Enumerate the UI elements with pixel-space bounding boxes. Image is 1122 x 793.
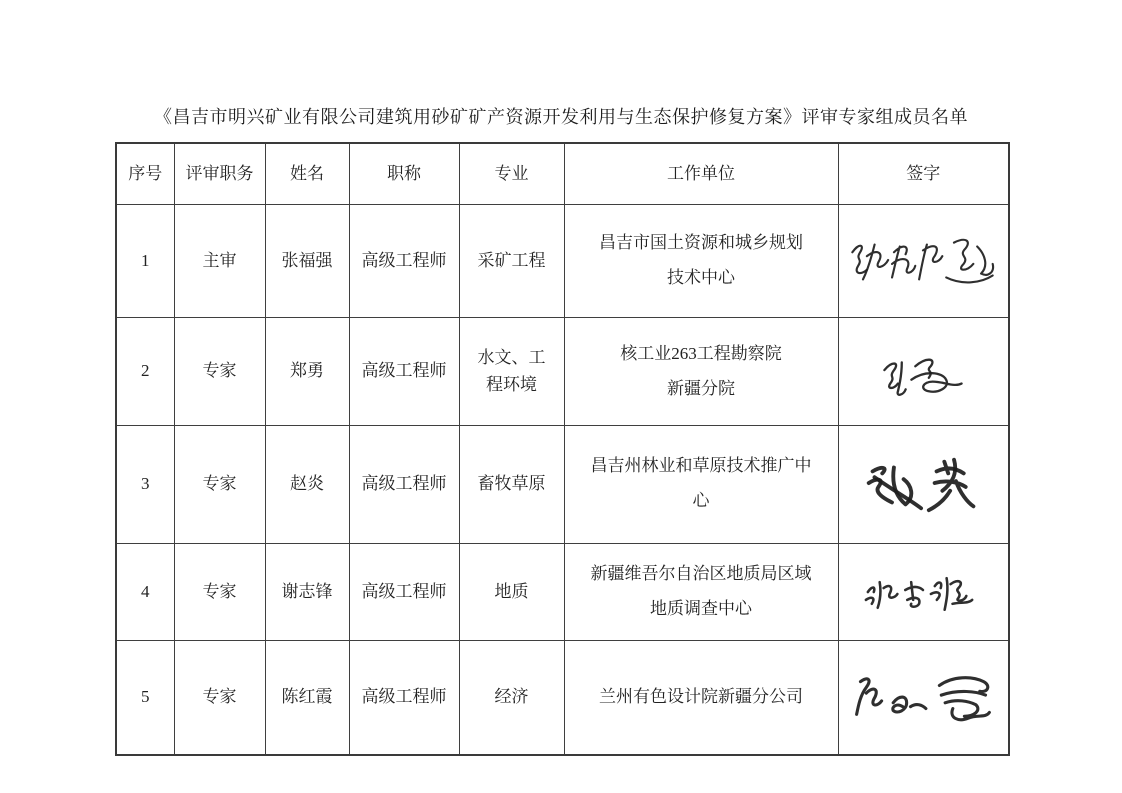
cell-specialty: 地质 [459,543,564,641]
cell-name: 郑勇 [265,318,349,426]
cell-unit: 核工业263工程勘察院 新疆分院 [564,318,838,426]
cell-seq: 5 [116,641,174,755]
cell-signature [838,543,1009,641]
cell-seq: 4 [116,543,174,641]
cell-signature [838,425,1009,543]
cell-title: 高级工程师 [349,425,459,543]
cell-role: 主审 [174,204,265,318]
cell-specialty: 采矿工程 [459,204,564,318]
table-row: 3 专家 赵炎 高级工程师 畜牧草原 昌吉州林业和草原技术推广中 心 [116,425,1009,543]
header-title: 职称 [349,143,459,204]
cell-unit: 新疆维吾尔自治区地质局区域 地质调查中心 [564,543,838,641]
header-seq: 序号 [116,143,174,204]
cell-role: 专家 [174,425,265,543]
cell-name: 赵炎 [265,425,349,543]
document-title: 《昌吉市明兴矿业有限公司建筑用砂矿矿产资源开发利用与生态保护修复方案》评审专家组… [0,103,1122,129]
cell-title: 高级工程师 [349,543,459,641]
header-signature: 签字 [838,143,1009,204]
experts-table: 序号 评审职务 姓名 职称 专业 工作单位 签字 1 主审 张福强 高级工程师 … [115,142,1010,756]
table-row: 1 主审 张福强 高级工程师 采矿工程 昌吉市国土资源和城乡规划 技术中心 [116,204,1009,318]
cell-name: 陈红霞 [265,641,349,755]
cell-name: 张福强 [265,204,349,318]
header-role: 评审职务 [174,143,265,204]
table-row: 5 专家 陈红霞 高级工程师 经济 兰州有色设计院新疆分公司 [116,641,1009,755]
cell-specialty: 经济 [459,641,564,755]
cell-seq: 1 [116,204,174,318]
cell-seq: 3 [116,425,174,543]
signature-zhao-yan-image [858,452,988,516]
table-row: 4 专家 谢志锋 高级工程师 地质 新疆维吾尔自治区地质局区域 地质调查中心 [116,543,1009,641]
table-header-row: 序号 评审职务 姓名 职称 专业 工作单位 签字 [116,143,1009,204]
signature-chen-hongxia-image [847,668,999,728]
table-row: 2 专家 郑勇 高级工程师 水文、工 程环境 核工业263工程勘察院 新疆分院 [116,318,1009,426]
signature-zhang-fuqiang-image [845,231,1001,291]
cell-unit: 昌吉州林业和草原技术推广中 心 [564,425,838,543]
cell-role: 专家 [174,641,265,755]
cell-specialty: 畜牧草原 [459,425,564,543]
cell-signature [838,318,1009,426]
cell-title: 高级工程师 [349,318,459,426]
cell-role: 专家 [174,543,265,641]
cell-name: 谢志锋 [265,543,349,641]
cell-unit: 昌吉市国土资源和城乡规划 技术中心 [564,204,838,318]
cell-unit: 兰州有色设计院新疆分公司 [564,641,838,755]
cell-specialty: 水文、工 程环境 [459,318,564,426]
cell-seq: 2 [116,318,174,426]
cell-title: 高级工程师 [349,204,459,318]
signature-xie-zhifeng-image [860,570,986,614]
cell-role: 专家 [174,318,265,426]
header-unit: 工作单位 [564,143,838,204]
signature-zheng-yong-image [871,345,975,399]
document-page: 《昌吉市明兴矿业有限公司建筑用砂矿矿产资源开发利用与生态保护修复方案》评审专家组… [0,0,1122,793]
header-specialty: 专业 [459,143,564,204]
cell-signature [838,641,1009,755]
cell-title: 高级工程师 [349,641,459,755]
cell-signature [838,204,1009,318]
header-name: 姓名 [265,143,349,204]
